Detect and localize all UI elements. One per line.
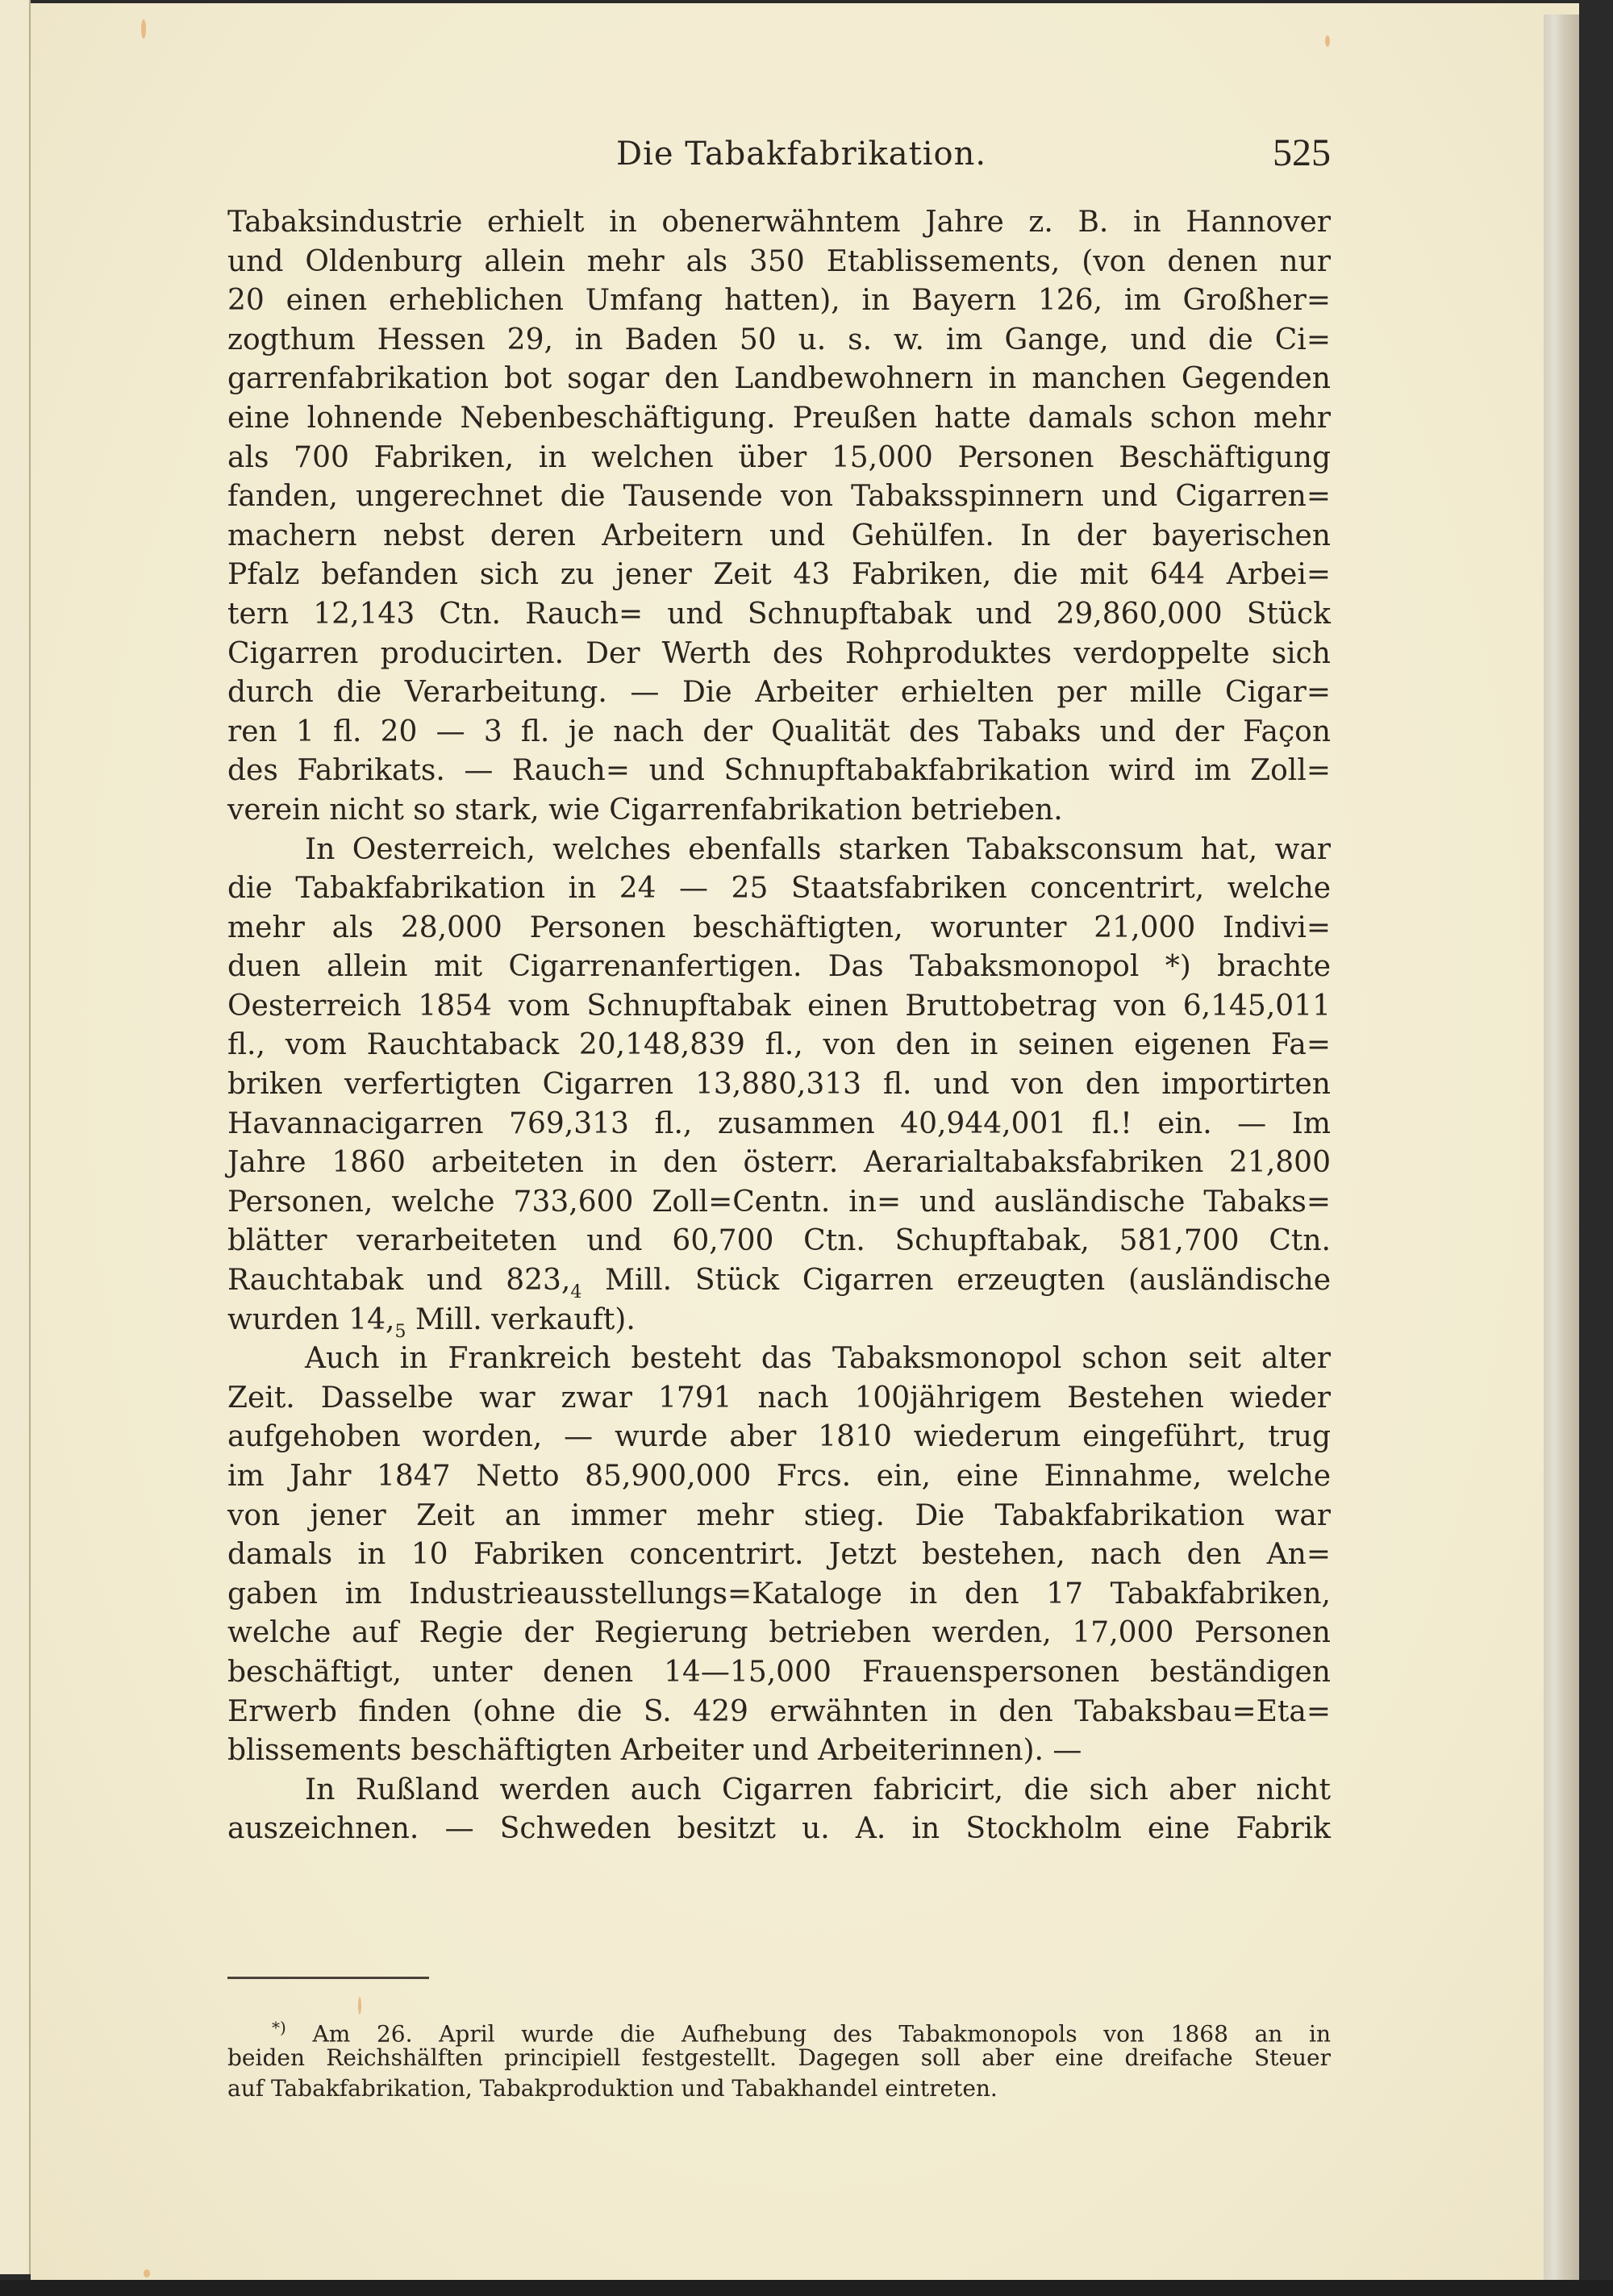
text-line: damals in 10 Fabriken concentrirt. Jetzt… bbox=[227, 1536, 1331, 1575]
text-line: Oesterreich 1854 vom Schnupftabak einen … bbox=[227, 987, 1331, 1027]
text-line-with-fraction: Rauchtabak und 823,4 Mill. Stück Cigarre… bbox=[227, 1261, 1331, 1301]
text-fragment: Rauchtabak und 823, bbox=[227, 1264, 570, 1297]
text-line: 20 einen erheblichen Umfang hatten), in … bbox=[227, 281, 1331, 321]
text-line: tern 12,143 Ctn. Rauch= und Schnupftabak… bbox=[227, 595, 1331, 635]
footnote: *) Am 26. April wurde die Aufhebung des … bbox=[227, 2012, 1331, 2104]
text-line: duen allein mit Cigarrenanfertigen. Das … bbox=[227, 948, 1331, 987]
text-line: briken verfertigten Cigarren 13,880,313 … bbox=[227, 1065, 1331, 1105]
text-line: und Oldenburg allein mehr als 350 Etabli… bbox=[227, 243, 1331, 282]
running-title: Die Tabakfabrikation. bbox=[616, 135, 986, 173]
text-line: im Jahr 1847 Netto 85,900,000 Frcs. ein,… bbox=[227, 1457, 1331, 1497]
text-line: garrenfabrikation bot sogar den Landbewo… bbox=[227, 360, 1331, 399]
footnote-separator bbox=[227, 1977, 429, 1979]
text-line: eine lohnende Nebenbeschäftigung. Preuße… bbox=[227, 399, 1331, 439]
facing-page-edge bbox=[0, 0, 31, 2274]
text-line: des Fabrikats. — Rauch= und Schnupftabak… bbox=[227, 752, 1331, 791]
text-line: Havannacigarren 769,313 fl., zusammen 40… bbox=[227, 1105, 1331, 1144]
footnote-line: beiden Reichshälften principiell festges… bbox=[227, 2043, 1331, 2073]
text-line: ren 1 fl. 20 — 3 fl. je nach der Qualitä… bbox=[227, 713, 1331, 752]
footnote-line: *) Am 26. April wurde die Aufhebung des … bbox=[227, 2012, 1331, 2043]
paragraph-start-line: In Oesterreich, welches ebenfalls starke… bbox=[227, 831, 1331, 870]
paragraph-end-line: wurden 14,5 Mill. verkauft). bbox=[227, 1301, 1331, 1340]
paper-stain bbox=[1325, 35, 1330, 47]
text-line: zogthum Hessen 29, in Baden 50 u. s. w. … bbox=[227, 321, 1331, 360]
text-line: blätter verarbeiteten und 60,700 Ctn. Sc… bbox=[227, 1222, 1331, 1261]
text-line: Cigarren producirten. Der Werth des Rohp… bbox=[227, 635, 1331, 674]
text-fragment: Mill. Stück Cigarren erzeugten (ausländi… bbox=[581, 1264, 1331, 1297]
page-header: Die Tabakfabrikation. 525 bbox=[226, 129, 1331, 185]
text-line: von jener Zeit an immer mehr stieg. Die … bbox=[227, 1497, 1331, 1536]
paper-stain bbox=[144, 2269, 150, 2277]
text-line: beschäftigt, unter denen 14—15,000 Fraue… bbox=[227, 1653, 1331, 1693]
text-line: gaben im Industrieausstellungs=Kataloge … bbox=[227, 1575, 1331, 1615]
text-line: Erwerb finden (ohne die S. 429 erwähnten… bbox=[227, 1693, 1331, 1732]
paragraph-end-line: blissements beschäftigten Arbeiter und A… bbox=[227, 1731, 1331, 1771]
text-line: als 700 Fabriken, in welchen über 15,000… bbox=[227, 439, 1331, 478]
page-stack-edge bbox=[1544, 15, 1579, 2285]
decimal-subscript: 5 bbox=[394, 1322, 406, 1342]
text-line: die Tabakfabrikation in 24 — 25 Staatsfa… bbox=[227, 869, 1331, 909]
decimal-subscript: 4 bbox=[570, 1282, 581, 1302]
text-line: aufgehoben worden, — wurde aber 1810 wie… bbox=[227, 1418, 1331, 1457]
text-line: durch die Verarbeitung. — Die Arbeiter e… bbox=[227, 673, 1331, 713]
text-line: auszeichnen. — Schweden besitzt u. A. in… bbox=[227, 1810, 1331, 1849]
text-line: welche auf Regie der Regierung betrieben… bbox=[227, 1614, 1331, 1653]
paragraph-end-line: verein nicht so stark, wie Cigarrenfabri… bbox=[227, 791, 1331, 831]
text-line: Jahre 1860 arbeiteten in den österr. Aer… bbox=[227, 1144, 1331, 1183]
text-fragment: wurden 14, bbox=[227, 1303, 394, 1336]
footnote-line: auf Tabakfabrikation, Tabakproduktion un… bbox=[227, 2073, 1331, 2104]
page-number: 525 bbox=[1273, 131, 1331, 175]
footnote-marker: *) bbox=[272, 2018, 286, 2037]
paragraph-start-line: Auch in Frankreich besteht das Tabaksmon… bbox=[227, 1340, 1331, 1379]
text-fragment: Mill. verkauft). bbox=[406, 1303, 635, 1336]
scan-background bbox=[0, 2280, 1613, 2296]
paper-stain bbox=[141, 19, 146, 39]
body-text: Tabaksindustrie erhielt in obenerwähntem… bbox=[227, 203, 1331, 1849]
paragraph-start-line: In Rußland werden auch Cigarren fabricir… bbox=[227, 1771, 1331, 1811]
text-line: Zeit. Dasselbe war zwar 1791 nach 100jäh… bbox=[227, 1379, 1331, 1419]
text-line: fl., vom Rauchtaback 20,148,839 fl., von… bbox=[227, 1026, 1331, 1065]
text-line: Personen, welche 733,600 Zoll=Centn. in=… bbox=[227, 1183, 1331, 1223]
text-line: machern nebst deren Arbeitern und Gehülf… bbox=[227, 517, 1331, 556]
text-line: mehr als 28,000 Personen beschäftigten, … bbox=[227, 909, 1331, 948]
text-line: Tabaksindustrie erhielt in obenerwähntem… bbox=[227, 203, 1331, 243]
text-line: fanden, ungerechnet die Tausende von Tab… bbox=[227, 477, 1331, 517]
text-line: Pfalz befanden sich zu jener Zeit 43 Fab… bbox=[227, 556, 1331, 595]
